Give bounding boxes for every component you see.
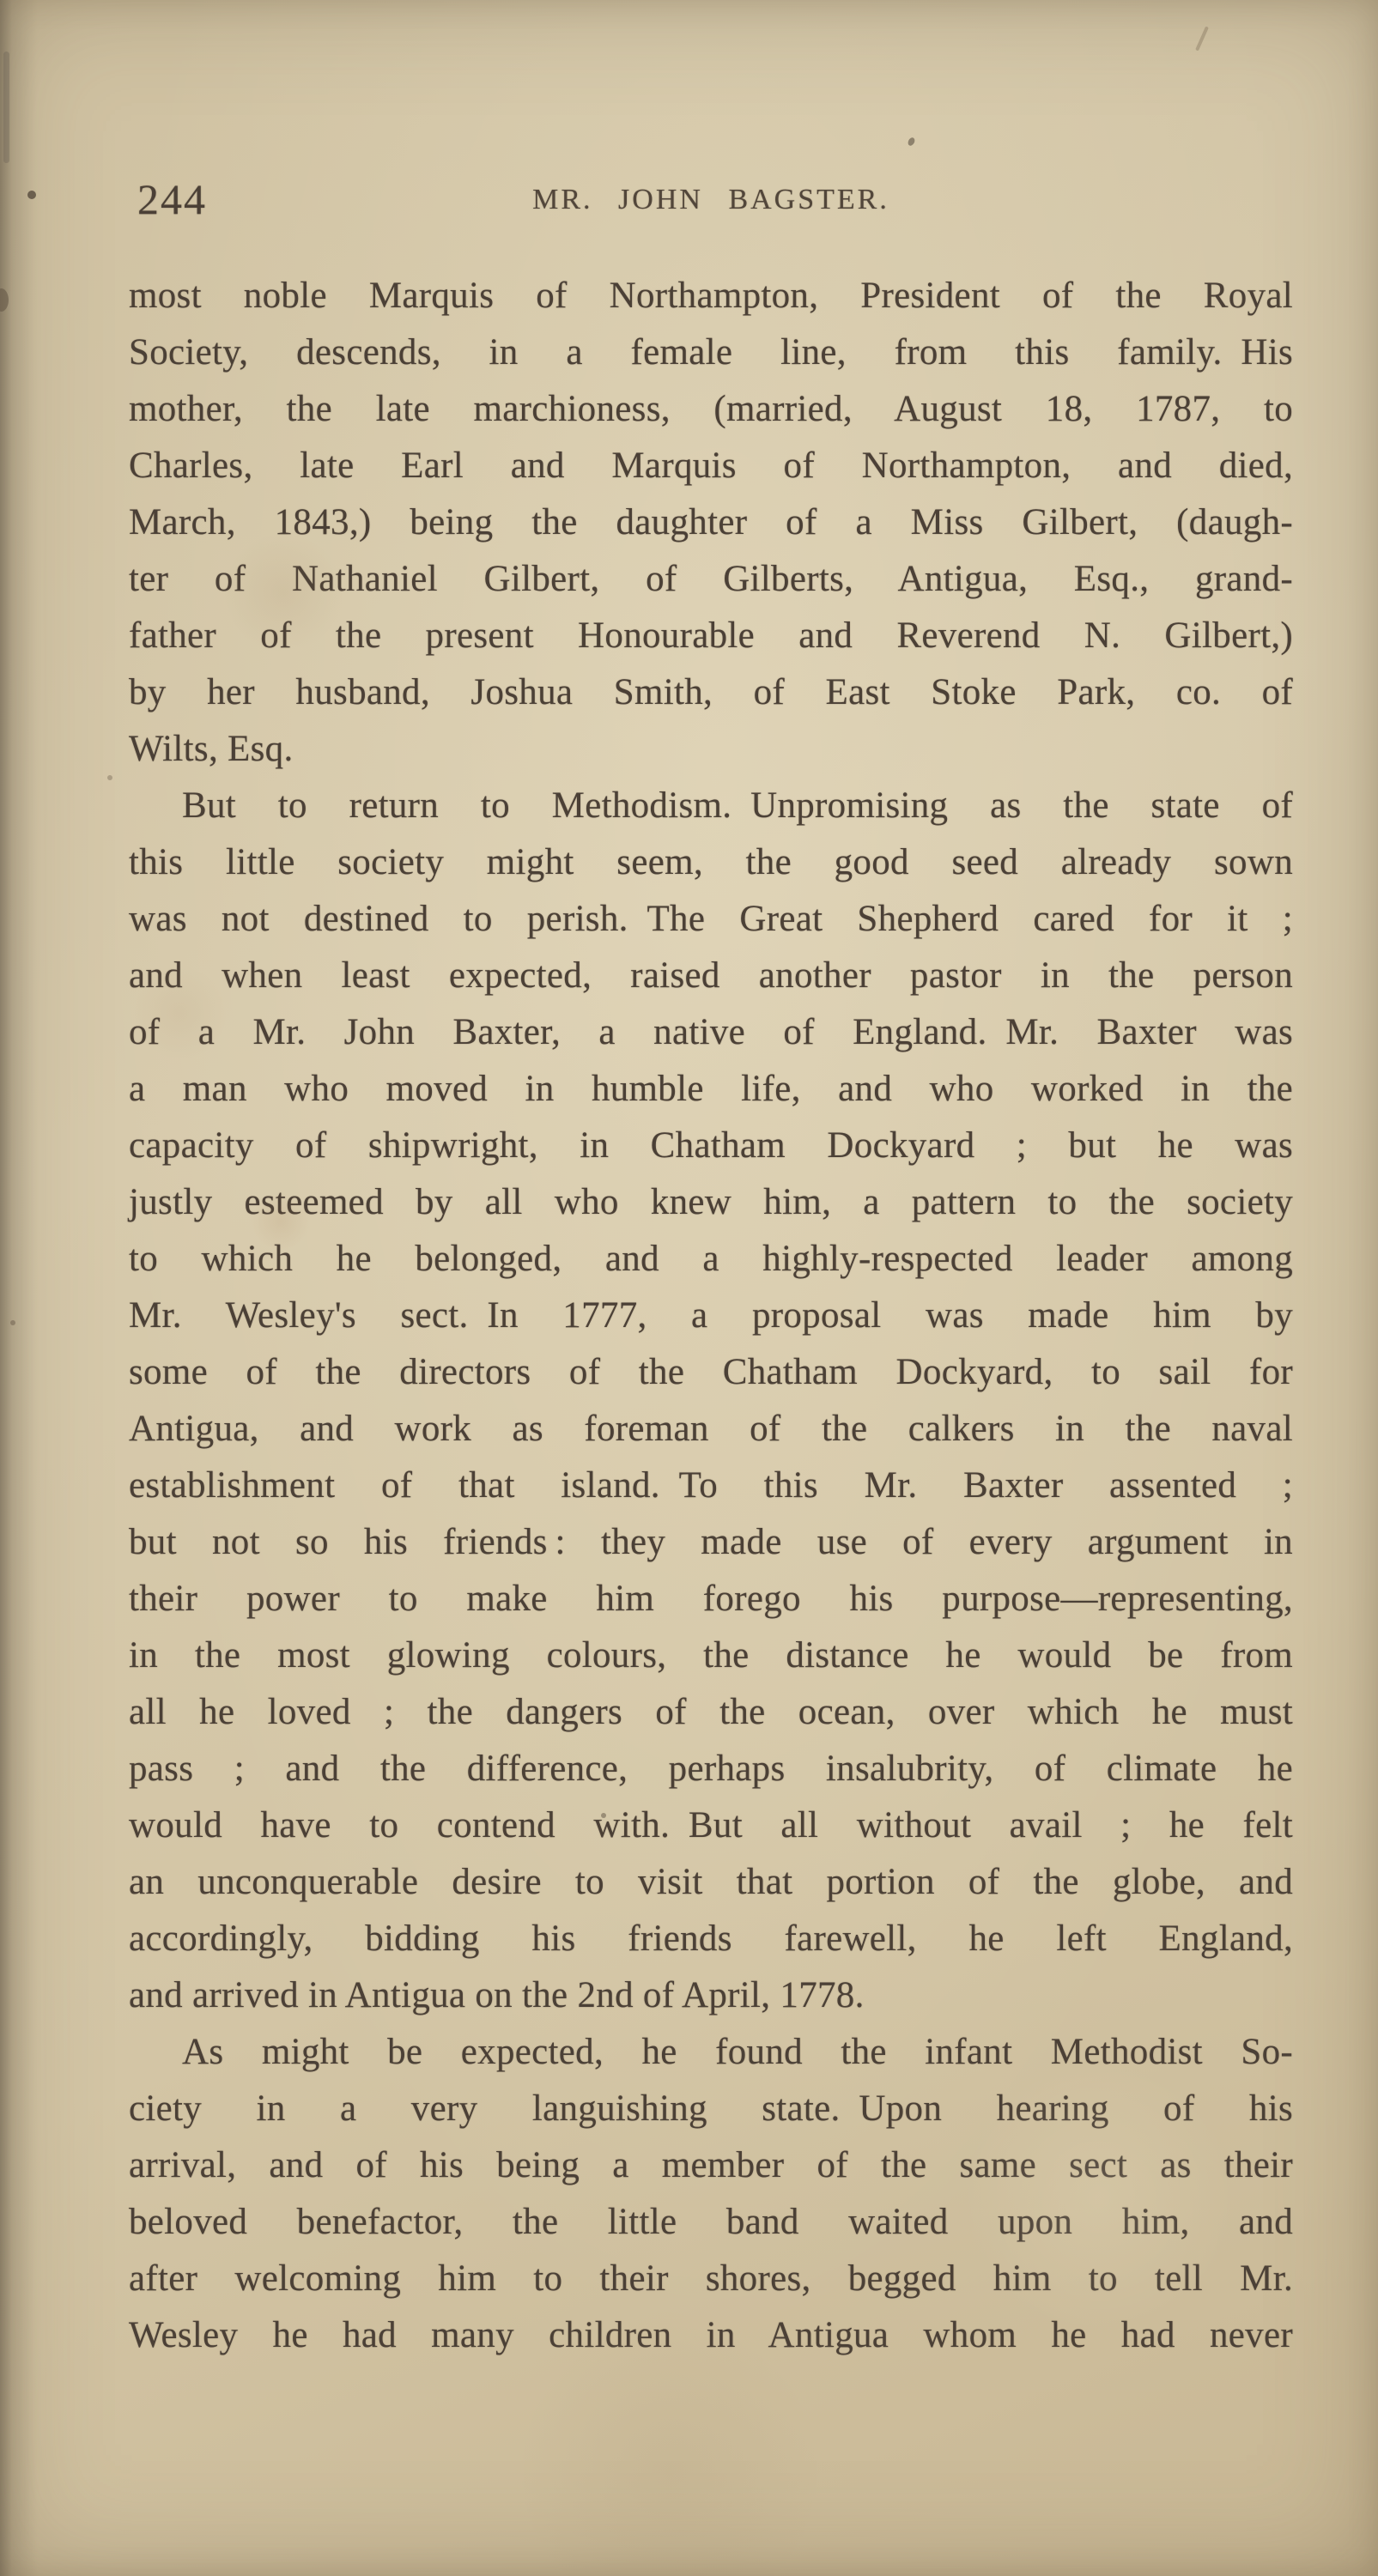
text-line: accordingly, bidding his friends farewel… — [129, 1911, 1293, 1967]
text-line: ciety in a very languishing state. Upon … — [129, 2081, 1293, 2137]
text-line: a man who moved in humble life, and who … — [129, 1061, 1293, 1118]
text-line: But to return to Methodism. Unpromising … — [129, 778, 1293, 834]
text-line: establishment of that island. To this Mr… — [129, 1458, 1293, 1514]
text-line: pass ; and the difference, perhaps insal… — [129, 1741, 1293, 1797]
page-header: 244 MR. JOHN BAGSTER. — [129, 175, 1293, 230]
page-content: 244 MR. JOHN BAGSTER. most noble Marquis… — [0, 0, 1378, 2576]
page-text: most noble Marquis of Northampton, Presi… — [129, 268, 1293, 2364]
text-line: most noble Marquis of Northampton, Presi… — [129, 268, 1293, 324]
text-line: arrival, and of his being a member of th… — [129, 2137, 1293, 2194]
scratch-mark — [1195, 26, 1209, 51]
text-line: father of the present Honourable and Rev… — [129, 608, 1293, 664]
paragraph: But to return to Methodism. Unpromising … — [129, 778, 1293, 2024]
text-line: but not so his friends : they made use o… — [129, 1514, 1293, 1571]
ink-speck — [907, 136, 916, 147]
text-line: Society, descends, in a female line, fro… — [129, 324, 1293, 381]
text-line: Wesley he had many children in Antigua w… — [129, 2307, 1293, 2364]
text-line: and arrived in Antigua on the 2nd of Apr… — [129, 1967, 1293, 2024]
text-line: was not destined to perish. The Great Sh… — [129, 891, 1293, 948]
text-line: justly esteemed by all who knew him, a p… — [129, 1174, 1293, 1231]
ink-speck — [10, 1320, 15, 1325]
text-line: ter of Nathaniel Gilbert, of Gilberts, A… — [129, 551, 1293, 608]
text-line: mother, the late marchioness, (married, … — [129, 381, 1293, 438]
text-line: capacity of shipwright, in Chatham Docky… — [129, 1118, 1293, 1174]
text-line: after welcoming him to their shores, beg… — [129, 2251, 1293, 2307]
paragraph: most noble Marquis of Northampton, Presi… — [129, 268, 1293, 778]
text-line: Wilts, Esq. — [129, 721, 1293, 778]
page-edge-shadow — [3, 52, 9, 163]
text-line: their power to make him forego his purpo… — [129, 1571, 1293, 1627]
text-line: in the most glowing colours, the distanc… — [129, 1627, 1293, 1684]
text-line: As might be expected, he found the infan… — [129, 2024, 1293, 2081]
text-line: an unconquerable desire to visit that po… — [129, 1854, 1293, 1911]
text-line: of a Mr. John Baxter, a native of Englan… — [129, 1004, 1293, 1061]
text-line: all he loved ; the dangers of the ocean,… — [129, 1684, 1293, 1741]
text-line: by her husband, Joshua Smith, of East St… — [129, 664, 1293, 721]
running-header: MR. JOHN BAGSTER. — [129, 183, 1293, 217]
ink-speck — [27, 191, 36, 199]
text-line: this little society might seem, the good… — [129, 834, 1293, 891]
paragraph: As might be expected, he found the infan… — [129, 2024, 1293, 2364]
text-line: some of the directors of the Chatham Doc… — [129, 1344, 1293, 1401]
text-line: would have to contend with. But all with… — [129, 1797, 1293, 1854]
text-line: to which he belonged, and a highly-respe… — [129, 1231, 1293, 1288]
text-line: beloved benefactor, the little band wait… — [129, 2194, 1293, 2251]
scanned-book-page: 244 MR. JOHN BAGSTER. most noble Marquis… — [0, 0, 1378, 2576]
page-edge-mark — [0, 288, 9, 312]
ink-speck — [107, 775, 112, 780]
text-line: and when least expected, raised another … — [129, 948, 1293, 1004]
text-line: March, 1843,) being the daughter of a Mi… — [129, 494, 1293, 551]
text-line: Antigua, and work as foreman of the calk… — [129, 1401, 1293, 1458]
text-line: Mr. Wesley's sect. In 1777, a proposal w… — [129, 1288, 1293, 1344]
text-line: Charles, late Earl and Marquis of Northa… — [129, 438, 1293, 494]
